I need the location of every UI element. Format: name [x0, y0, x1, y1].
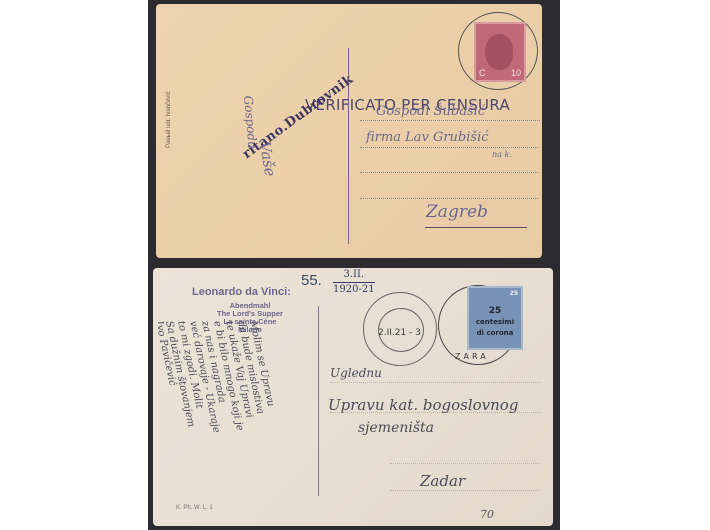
address-line-1 — [360, 120, 540, 121]
stamp-portrait — [485, 34, 513, 70]
address-salutation: Uglednu — [330, 366, 382, 380]
postage-stamp-red: C 10 — [474, 22, 526, 82]
archive-number: 55. — [301, 272, 322, 289]
postmark-place: ZARA — [455, 352, 489, 361]
address-city: Zadar — [420, 472, 465, 490]
address-line-4 — [360, 198, 538, 199]
message-block: Molim se Upravu da bude mislostiva te uk… — [158, 312, 318, 502]
postmark-date: 2.II.21 - 3 — [378, 328, 421, 338]
address-line-2 — [360, 147, 538, 148]
address-line-3 — [360, 172, 538, 173]
bottom-address-line-3 — [390, 463, 540, 464]
stamp-overprint-line: centesimi — [469, 318, 521, 326]
publisher-imprint: Paный udr. Ivančević — [166, 91, 172, 148]
caption-title: Leonardo da Vinci: — [192, 286, 291, 298]
address-recipient: Upravu kat. bogoslovnog — [328, 396, 518, 414]
stamp-overprint-line: di corona — [469, 329, 521, 337]
address-city: Zagreb — [426, 202, 488, 222]
archive-date: 3.II. 1920-21 — [333, 268, 375, 297]
printer-imprint: K. Ph. W. L. 1 — [176, 505, 213, 511]
postage-stamp-blue: 25 25 centesimi di corona — [467, 286, 523, 350]
bottom-address-line-4 — [390, 490, 540, 491]
address-street: firma Lav Grubišić — [366, 130, 489, 145]
address-line-5 — [425, 227, 527, 228]
pencil-note: 70 — [480, 508, 494, 521]
address-recipient: Gospodi Šubašić — [376, 104, 485, 119]
stamp-face-value: 25 — [469, 290, 521, 297]
stamp-value-right: 10 — [511, 68, 521, 78]
archive-date-bottom: 1920-21 — [333, 283, 375, 297]
address-note: na k. — [492, 150, 512, 159]
stamp-overprint-value: 25 — [469, 306, 521, 316]
stamp-value-left: C — [479, 68, 486, 78]
bottom-card-divider — [318, 306, 319, 496]
address-institution: sjemeništa — [358, 420, 434, 436]
bottom-address-line-1 — [330, 382, 540, 383]
archive-date-top: 3.II. — [333, 268, 375, 283]
